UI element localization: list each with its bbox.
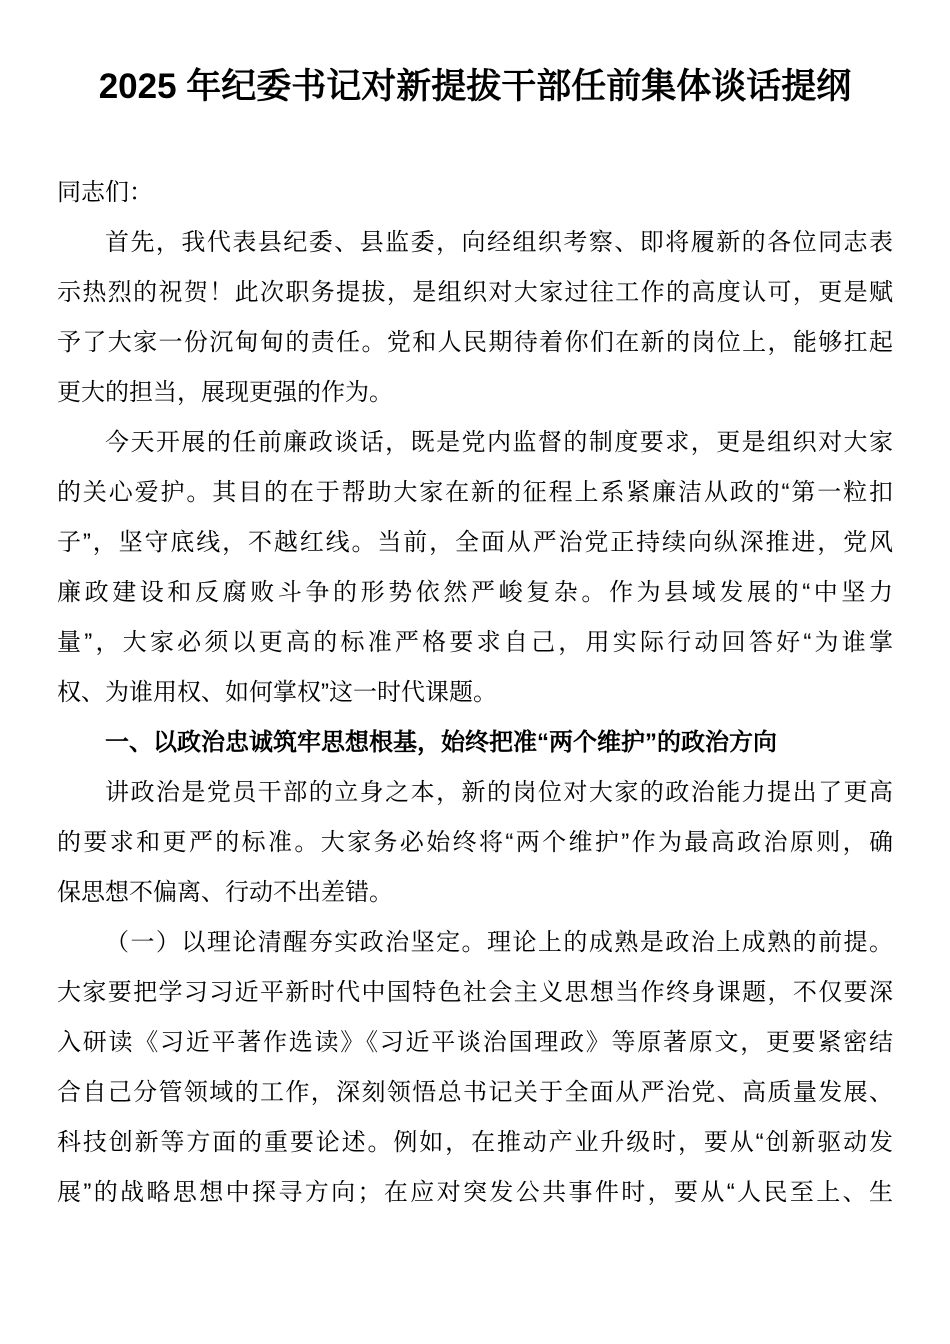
paragraph: （一）以理论清醒夯实政治坚定。理论上的成熟是政治上成熟的前提。大家要把学习习近平… (57, 918, 893, 1218)
text-line: 的关心爱护。其目的在于帮助大家在新的征程上系紧廉洁从政的“第一粒扣 (57, 468, 893, 518)
text-line: 子”，坚守底线，不越红线。当前，全面从严治党正持续向纵深推进，党风 (57, 518, 893, 568)
text-line: 入研读《习近平著作选读》《习近平谈治国理政》等原著原文，更要紧密结 (57, 1018, 893, 1068)
text-line: 示热烈的祝贺！此次职务提拔，是组织对大家过往工作的高度认可，更是赋 (57, 268, 893, 318)
text-line: 更大的担当，展现更强的作为。 (57, 368, 893, 418)
text-line: 科技创新等方面的重要论述。例如，在推动产业升级时，要从“创新驱动发 (57, 1118, 893, 1168)
text-line: 的要求和更严的标准。大家务必始终将“两个维护”作为最高政治原则，确 (57, 818, 893, 868)
document-body: 同志们：首先，我代表县纪委、县监委，向经组织考察、即将履新的各位同志表示热烈的祝… (57, 168, 893, 1218)
text-line: 保思想不偏离、行动不出差错。 (57, 868, 893, 918)
document-title: 2025 年纪委书记对新提拔干部任前集体谈话提纲 (57, 64, 893, 110)
document-page: 2025 年纪委书记对新提拔干部任前集体谈话提纲 同志们：首先，我代表县纪委、县… (0, 0, 950, 1344)
text-line: 量”，大家必须以更高的标准严格要求自己，用实际行动回答好“为谁掌 (57, 618, 893, 668)
text-line: 合自己分管领域的工作，深刻领悟总书记关于全面从严治党、高质量发展、 (57, 1068, 893, 1118)
text-line: 今天开展的任前廉政谈话，既是党内监督的制度要求，更是组织对大家 (57, 418, 893, 468)
paragraph: 讲政治是党员干部的立身之本，新的岗位对大家的政治能力提出了更高的要求和更严的标准… (57, 768, 893, 918)
paragraph: 同志们： (57, 168, 893, 218)
text-line: 讲政治是党员干部的立身之本，新的岗位对大家的政治能力提出了更高 (57, 768, 893, 818)
text-line: 同志们： (57, 168, 893, 218)
section-heading: 一、以政治忠诚筑牢思想根基，始终把准“两个维护”的政治方向 (57, 718, 893, 768)
paragraph: 首先，我代表县纪委、县监委，向经组织考察、即将履新的各位同志表示热烈的祝贺！此次… (57, 218, 893, 418)
text-line: 权、为谁用权、如何掌权”这一时代课题。 (57, 668, 893, 718)
text-line: （一）以理论清醒夯实政治坚定。理论上的成熟是政治上成熟的前提。 (57, 918, 893, 968)
text-line: 大家要把学习习近平新时代中国特色社会主义思想当作终身课题，不仅要深 (57, 968, 893, 1018)
text-line: 首先，我代表县纪委、县监委，向经组织考察、即将履新的各位同志表 (57, 218, 893, 268)
text-line: 廉政建设和反腐败斗争的形势依然严峻复杂。作为县域发展的“中坚力 (57, 568, 893, 618)
text-line: 予了大家一份沉甸甸的责任。党和人民期待着你们在新的岗位上，能够扛起 (57, 318, 893, 368)
text-line: 展”的战略思想中探寻方向；在应对突发公共事件时，要从“人民至上、生 (57, 1168, 893, 1218)
paragraph: 今天开展的任前廉政谈话，既是党内监督的制度要求，更是组织对大家的关心爱护。其目的… (57, 418, 893, 718)
text-line: 一、以政治忠诚筑牢思想根基，始终把准“两个维护”的政治方向 (57, 718, 893, 768)
